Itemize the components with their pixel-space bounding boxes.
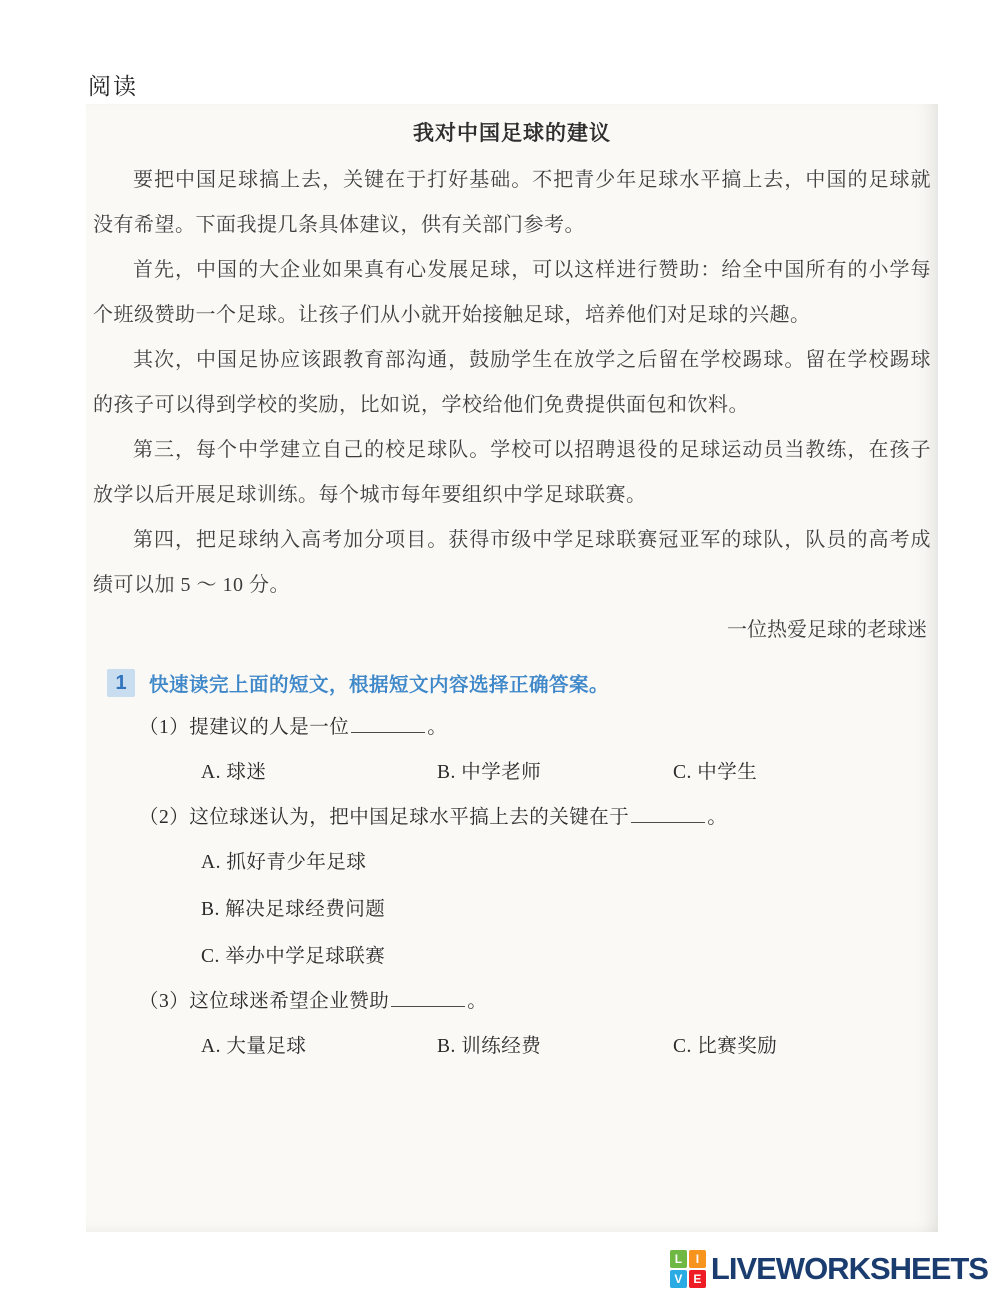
scanned-worksheet-area: 我对中国足球的建议 要把中国足球搞上去，关键在于打好基础。不把青少年足球水平搞上… (86, 104, 938, 1232)
logo-tile-i: I (689, 1250, 706, 1268)
question-2-option-c[interactable]: C. 举办中学足球联赛 (201, 940, 931, 973)
question-1-option-b[interactable]: B. 中学老师 (437, 756, 673, 789)
question-1-option-a[interactable]: A. 球迷 (201, 756, 437, 789)
liveworksheets-logo-icon: L I V E (670, 1250, 706, 1288)
passage-paragraph-3: 其次，中国足协应该跟教育部沟通，鼓励学生在放学之后留在学校踢球。留在学校踢球的孩… (93, 338, 931, 428)
question-2-option-a[interactable]: A. 抓好青少年足球 (201, 846, 931, 879)
logo-tile-l: L (670, 1250, 687, 1268)
question-1: （1）提建议的人是一位。 A. 球迷 B. 中学老师 C. 中学生 (93, 711, 931, 789)
section-label-reading: 阅读 (88, 68, 138, 101)
question-3-answer-blank[interactable] (391, 988, 465, 1008)
exercise-section: 1 快速读完上面的短文，根据短文内容选择正确答案。 （1）提建议的人是一位。 A… (93, 667, 931, 1063)
question-3-options: A. 大量足球 B. 训练经费 C. 比赛奖励 (93, 1030, 931, 1063)
question-1-prompt: （1）提建议的人是一位。 (93, 711, 931, 744)
liveworksheets-logo-text: LIVEWORKSHEETS (711, 1251, 988, 1287)
question-2-text: （2）这位球迷认为，把中国足球水平搞上去的关键在于 (139, 807, 629, 828)
question-3-option-b[interactable]: B. 训练经费 (437, 1030, 673, 1063)
question-1-options: A. 球迷 B. 中学老师 C. 中学生 (93, 756, 931, 789)
question-1-answer-blank[interactable] (351, 714, 425, 734)
passage-body: 要把中国足球搞上去，关键在于打好基础。不把青少年足球水平搞上去，中国的足球就没有… (93, 158, 931, 653)
question-3-prompt: （3）这位球迷希望企业赞助。 (93, 985, 931, 1018)
question-2-answer-blank[interactable] (631, 804, 705, 824)
question-2-options: A. 抓好青少年足球 B. 解决足球经费问题 C. 举办中学足球联赛 (93, 846, 931, 973)
passage-paragraph-1: 要把中国足球搞上去，关键在于打好基础。不把青少年足球水平搞上去，中国的足球就没有… (93, 158, 931, 248)
passage-title: 我对中国足球的建议 (93, 118, 931, 150)
question-3-option-c[interactable]: C. 比赛奖励 (673, 1030, 777, 1063)
question-2-prompt: （2）这位球迷认为，把中国足球水平搞上去的关键在于。 (93, 801, 931, 834)
question-2-suffix: 。 (707, 807, 727, 828)
question-2-option-b[interactable]: B. 解决足球经费问题 (201, 893, 931, 926)
question-2: （2）这位球迷认为，把中国足球水平搞上去的关键在于。 A. 抓好青少年足球 B.… (93, 801, 931, 973)
exercise-instruction: 快速读完上面的短文，根据短文内容选择正确答案。 (149, 669, 609, 697)
liveworksheets-logo[interactable]: L I V E LIVEWORKSHEETS (670, 1250, 988, 1288)
question-1-suffix: 。 (427, 717, 447, 738)
exercise-number-badge: 1 (107, 669, 135, 697)
question-3-suffix: 。 (467, 991, 487, 1012)
passage-paragraph-2: 首先，中国的大企业如果真有心发展足球，可以这样进行赞助：给全中国所有的小学每个班… (93, 248, 931, 338)
question-3-option-a[interactable]: A. 大量足球 (201, 1030, 437, 1063)
question-1-option-c[interactable]: C. 中学生 (673, 756, 757, 789)
question-3-text: （3）这位球迷希望企业赞助 (139, 991, 389, 1012)
passage-paragraph-5: 第四，把足球纳入高考加分项目。获得市级中学足球联赛冠亚军的球队，队员的高考成绩可… (93, 518, 931, 608)
exercise-header: 1 快速读完上面的短文，根据短文内容选择正确答案。 (93, 667, 931, 699)
question-3: （3）这位球迷希望企业赞助。 A. 大量足球 B. 训练经费 C. 比赛奖励 (93, 985, 931, 1063)
question-1-text: （1）提建议的人是一位 (139, 717, 349, 738)
logo-tile-v: V (670, 1270, 687, 1288)
logo-tile-e: E (689, 1270, 706, 1288)
passage-signature: 一位热爱足球的老球迷 (93, 608, 931, 653)
passage-paragraph-4: 第三，每个中学建立自己的校足球队。学校可以招聘退役的足球运动员当教练，在孩子放学… (93, 428, 931, 518)
